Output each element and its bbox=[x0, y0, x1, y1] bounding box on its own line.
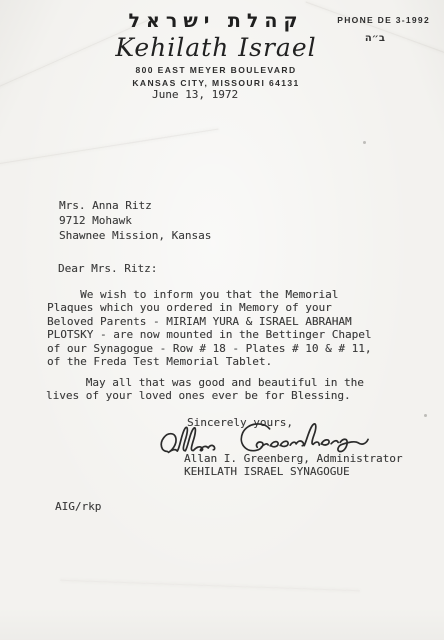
body-paragraph-1: We wish to inform you that the Memorial … bbox=[47, 288, 372, 368]
date-line: June 13, 1972 bbox=[152, 88, 238, 101]
paper-crease bbox=[60, 580, 360, 591]
phone-number: PHONE DE 3-1992 bbox=[337, 15, 430, 25]
salutation: Dear Mrs. Ritz: bbox=[58, 262, 157, 275]
reference-initials: AIG/rkp bbox=[55, 500, 101, 513]
street-address: 800 EAST MEYER BOULEVARD bbox=[0, 65, 432, 75]
letter-page: קהלת ישראל Kehilath Israel 800 EAST MEYE… bbox=[0, 0, 444, 640]
body-paragraph-2: May all that was good and beautiful in t… bbox=[46, 376, 364, 403]
hebrew-abbreviation: ב״ה bbox=[337, 33, 385, 44]
phone-block: PHONE DE 3-1992 ב״ה bbox=[337, 15, 430, 44]
recipient-address: Mrs. Anna Ritz 9712 Mohawk Shawnee Missi… bbox=[59, 198, 211, 243]
organization-name: KEHILATH ISRAEL SYNAGOGUE bbox=[184, 465, 350, 478]
city-address: KANSAS CITY, MISSOURI 64131 bbox=[0, 78, 432, 88]
scan-speck bbox=[363, 141, 366, 144]
scan-speck bbox=[424, 414, 427, 417]
typed-signature-name: Allan I. Greenberg, Administrator bbox=[184, 452, 403, 465]
paper-crease bbox=[0, 128, 219, 168]
